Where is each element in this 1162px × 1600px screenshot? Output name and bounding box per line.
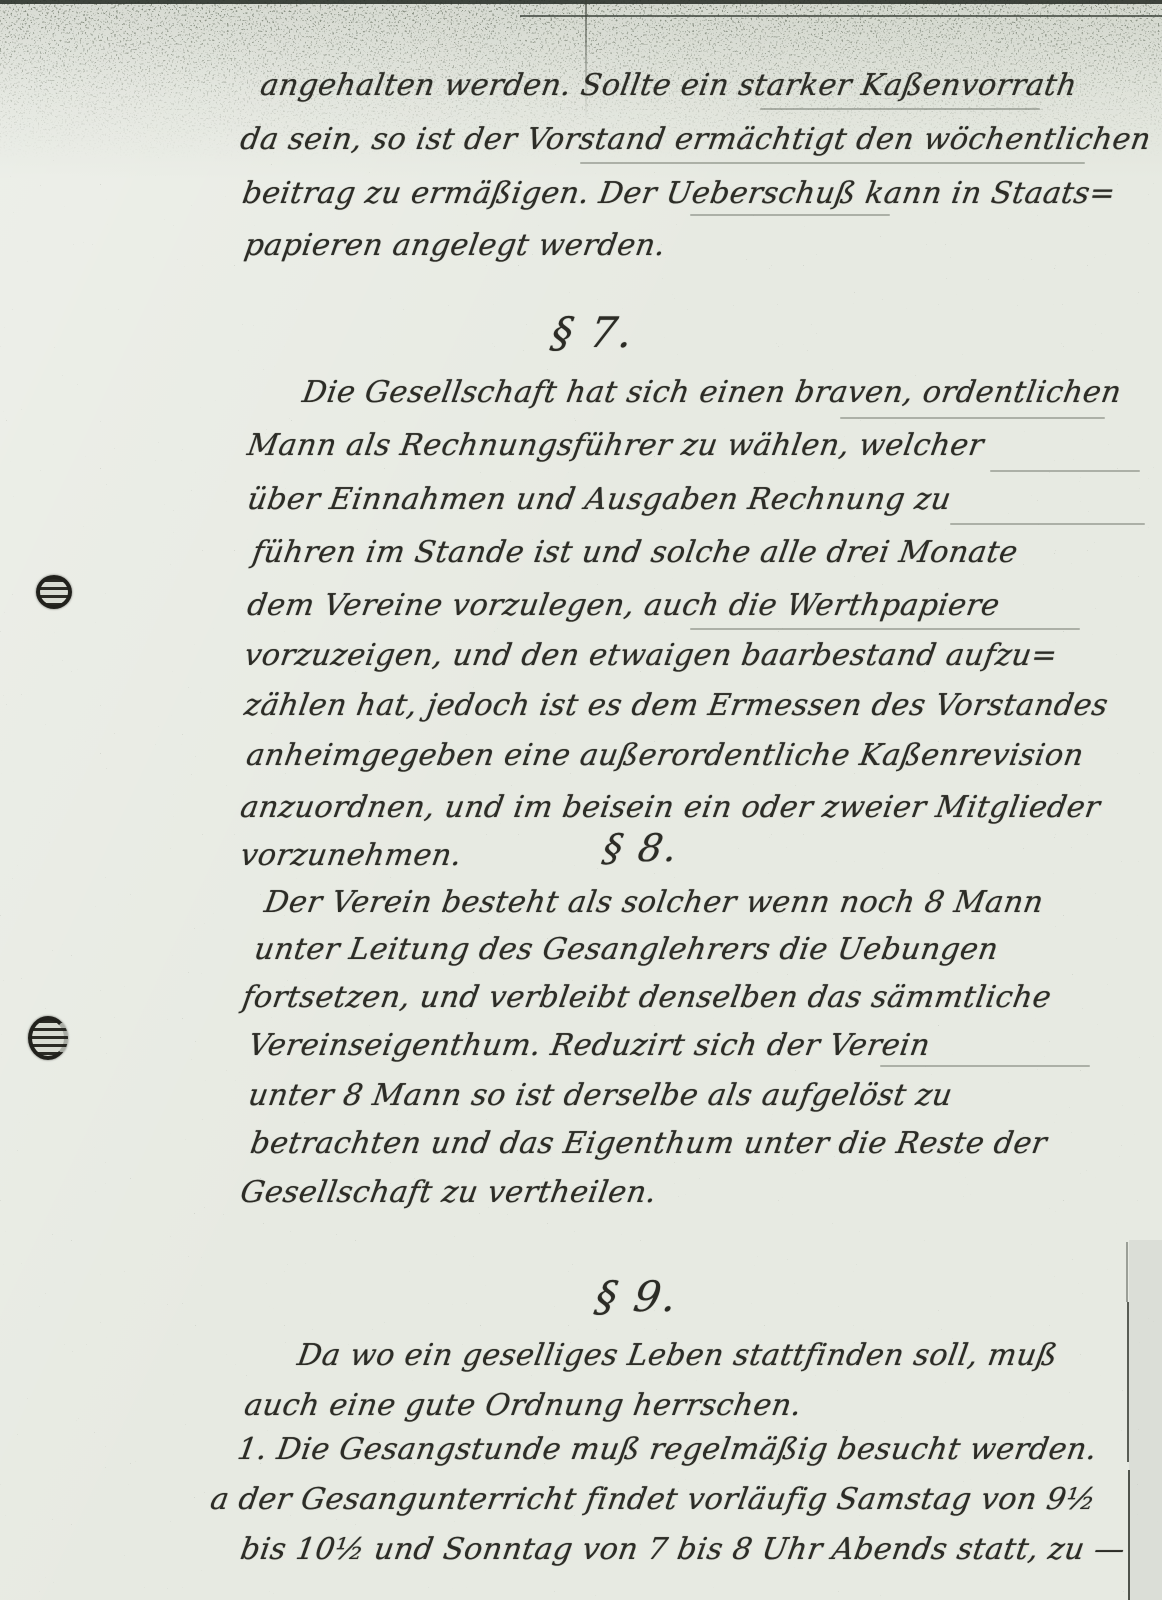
section-8-line: betrachten und das Eigenthum unter die R… bbox=[248, 1126, 1049, 1161]
section-7-line: anheimgegeben eine außerordentliche Kaße… bbox=[244, 738, 1086, 773]
page-top-edge-line bbox=[0, 0, 1162, 4]
intro-line: da sein, so ist der Vorstand ermächtigt … bbox=[238, 122, 1153, 157]
ruling-line bbox=[990, 470, 1140, 472]
document-page: angehalten werden. Sollte ein starker Ka… bbox=[0, 0, 1162, 1600]
section-7-line: vorzunehmen. bbox=[238, 838, 464, 873]
section-9-line: 1. Die Gesangstunde muß regelmäßig besuc… bbox=[235, 1432, 1099, 1467]
section-7-heading: § 7. bbox=[548, 308, 638, 357]
ruling-line bbox=[580, 162, 1085, 164]
page-right-edge-line bbox=[1126, 1242, 1128, 1302]
section-9-heading: § 9. bbox=[592, 1272, 682, 1321]
punch-hole-top bbox=[36, 575, 72, 609]
section-9-line: Da wo ein geselliges Leben stattfinden s… bbox=[295, 1338, 1060, 1373]
intro-line: papieren angelegt werden. bbox=[242, 228, 668, 263]
page-top-edge-line-right bbox=[520, 15, 1162, 17]
ruling-line bbox=[760, 108, 1040, 110]
section-7-line: vorzuzeigen, und den etwaigen baarbestan… bbox=[242, 638, 1060, 673]
section-7-line: anzuordnen, und im beisein ein oder zwei… bbox=[238, 790, 1103, 825]
section-8-line: unter 8 Mann so ist derselbe als aufgelö… bbox=[246, 1078, 955, 1113]
section-8-line: unter Leitung des Gesanglehrers die Uebu… bbox=[252, 932, 1001, 967]
section-9-line: bis 10½ und Sonntag von 7 bis 8 Uhr Aben… bbox=[238, 1532, 1128, 1567]
ruling-line bbox=[840, 417, 1105, 419]
ruling-line bbox=[690, 628, 1080, 630]
ruling-line bbox=[690, 214, 890, 216]
intro-line: beitrag zu ermäßigen. Der Ueberschuß kan… bbox=[240, 176, 1118, 211]
section-7-line: Mann als Rechnungsführer zu wählen, welc… bbox=[245, 428, 986, 463]
intro-line: angehalten werden. Sollte ein starker Ka… bbox=[258, 68, 1080, 103]
section-8-line: Gesellschaft zu vertheilen. bbox=[238, 1175, 659, 1210]
section-8-line: fortsetzen, und verbleibt denselben das … bbox=[240, 980, 1054, 1015]
punch-hole-bottom bbox=[28, 1016, 68, 1060]
section-7-line: dem Vereine vorzulegen, auch die Werthpa… bbox=[245, 588, 1002, 623]
ruling-line bbox=[880, 1065, 1090, 1067]
paper-shade-right bbox=[1129, 1240, 1162, 1600]
section-8-line: Vereinseigenthum. Reduzirt sich der Vere… bbox=[246, 1028, 933, 1063]
section-7-line: Die Gesellschaft hat sich einen braven, … bbox=[300, 375, 1124, 410]
section-7-line: zählen hat, jedoch ist es dem Ermessen d… bbox=[242, 688, 1111, 723]
section-9-line: a der Gesangunterricht findet vorläufig … bbox=[208, 1482, 1099, 1517]
section-8-line: Der Verein besteht als solcher wenn noch… bbox=[262, 885, 1046, 920]
section-9-line: auch eine gute Ordnung herrschen. bbox=[242, 1388, 804, 1423]
section-7-line: führen im Stande ist und solche alle dre… bbox=[250, 535, 1020, 570]
section-7-line: über Einnahmen und Ausgaben Rechnung zu bbox=[245, 482, 954, 517]
section-8-heading: § 8. bbox=[600, 826, 682, 870]
ruling-line bbox=[950, 523, 1145, 525]
